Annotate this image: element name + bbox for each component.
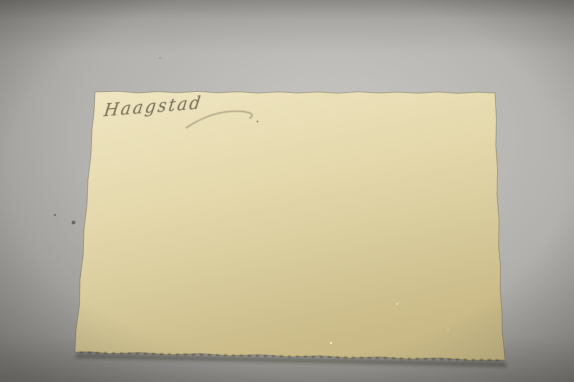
photo-render <box>0 0 574 382</box>
photo-vignette <box>0 0 574 382</box>
photo-scene: Haagstad <box>0 0 574 382</box>
